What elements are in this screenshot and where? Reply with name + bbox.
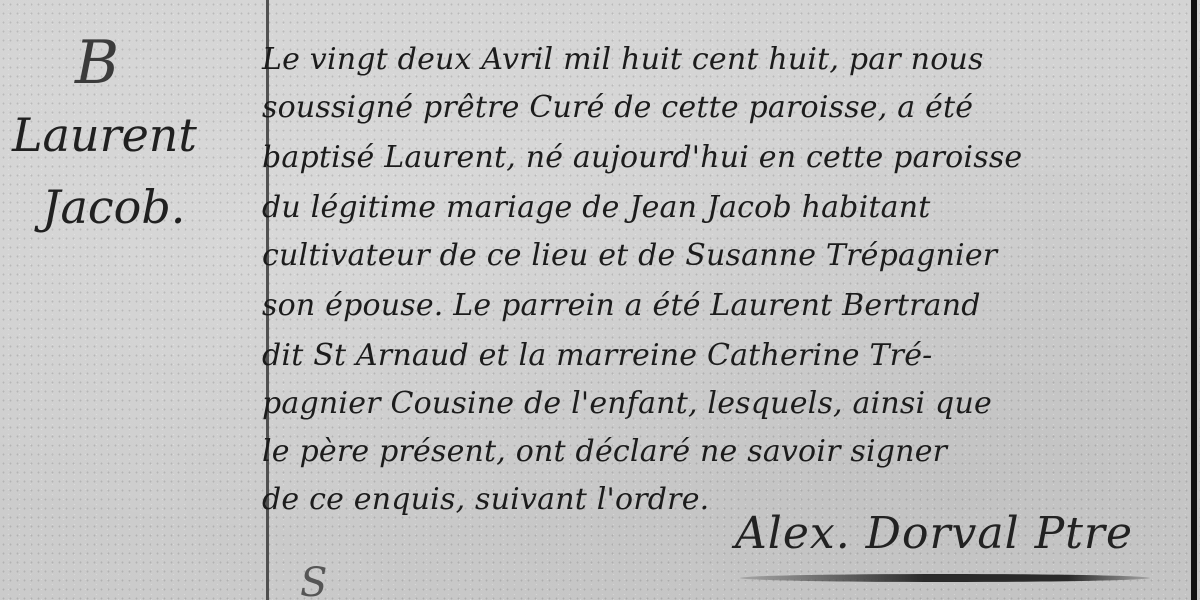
entry-line-8: pagnier Cousine de l'enfant, lesquels, a… — [262, 386, 992, 421]
priest-signature: Alex. Dorval Ptre — [735, 508, 1133, 559]
entry-line-9: le père présent, ont déclaré ne savoir s… — [262, 434, 947, 469]
signature-flourish — [740, 574, 1150, 582]
entry-line-10: de ce enquis, suivant l'ordre. — [262, 482, 709, 517]
register-page: B Laurent Jacob. Le vingt deux Avril mil… — [0, 0, 1200, 600]
baptism-mark: B — [75, 28, 115, 98]
entry-line-4: du légitime mariage de Jean Jacob habita… — [262, 190, 931, 225]
entry-line-5: cultivateur de ce lieu et de Susanne Tré… — [262, 238, 997, 273]
entry-line-6: son épouse. Le parrein a été Laurent Ber… — [262, 288, 981, 323]
margin-given-name: Laurent — [12, 108, 197, 162]
margin-note: B Laurent Jacob. — [0, 0, 262, 600]
entry-line-1: Le vingt deux Avril mil huit cent huit, … — [262, 42, 984, 77]
next-entry-fragment: S — [300, 560, 327, 600]
entry-line-7: dit St Arnaud et la marreine Catherine T… — [262, 338, 933, 373]
margin-surname: Jacob. — [42, 180, 185, 234]
page-edge-rule — [1191, 0, 1197, 600]
entry-line-3: baptisé Laurent, né aujourd'hui en cette… — [262, 140, 1022, 175]
entry-line-2: soussigné prêtre Curé de cette paroisse,… — [262, 90, 973, 125]
